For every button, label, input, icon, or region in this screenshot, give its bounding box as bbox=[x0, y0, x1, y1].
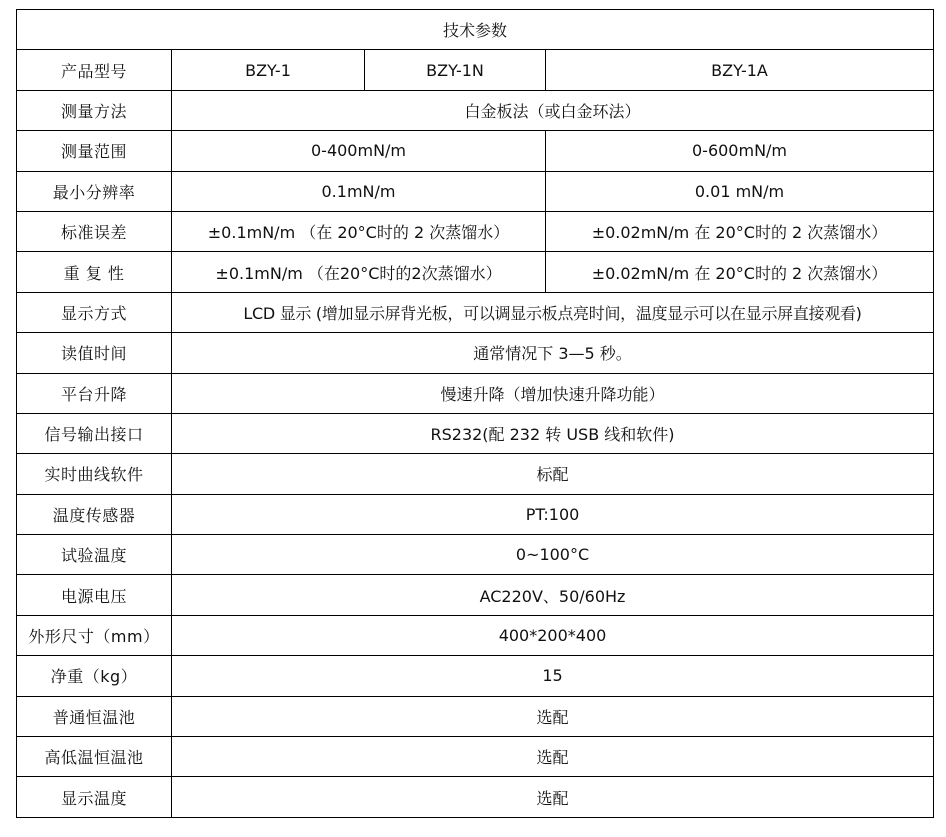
table-row: 读值时间 通常情况下 3—5 秒。 bbox=[17, 333, 934, 373]
table-row: 显示方式 LCD 显示 (增加显示屏背光板，可以调显示板点亮时间，温度显示可以在… bbox=[17, 292, 934, 332]
table-row: 温度传感器 PT:100 bbox=[17, 494, 934, 534]
row-label: 测量方法 bbox=[17, 90, 172, 130]
table-row: 测量方法 白金板法（或白金环法） bbox=[17, 90, 934, 130]
row-label: 显示温度 bbox=[17, 777, 172, 817]
table-row: 高低温恒温池 选配 bbox=[17, 737, 934, 777]
model-bzy-1n: BZY-1N bbox=[365, 50, 546, 90]
table-row: 测量范围 0-400mN/m 0-600mN/m bbox=[17, 131, 934, 171]
row-value-bzy1a: ±0.02mN/m 在 20°C时的 2 次蒸馏水） bbox=[546, 252, 934, 292]
row-label: 高低温恒温池 bbox=[17, 737, 172, 777]
row-label: 标准误差 bbox=[17, 211, 172, 251]
table-row: 标准误差 ±0.1mN/m （在 20°C时的 2 次蒸馏水） ±0.02mN/… bbox=[17, 211, 934, 251]
row-value: 选配 bbox=[172, 737, 934, 777]
row-label: 温度传感器 bbox=[17, 494, 172, 534]
row-value: 400*200*400 bbox=[172, 615, 934, 655]
table-row: 实时曲线软件 标配 bbox=[17, 454, 934, 494]
row-label: 读值时间 bbox=[17, 333, 172, 373]
model-bzy-1: BZY-1 bbox=[172, 50, 365, 90]
row-value: 标配 bbox=[172, 454, 934, 494]
table-row: 试验温度 0~100°C bbox=[17, 535, 934, 575]
table-row: 普通恒温池 选配 bbox=[17, 696, 934, 736]
technical-parameters-table: 技术参数 产品型号 BZY-1 BZY-1N BZY-1A 测量方法 白金板法（… bbox=[16, 9, 934, 818]
row-label: 最小分辨率 bbox=[17, 171, 172, 211]
row-value: 选配 bbox=[172, 777, 934, 817]
row-label: 普通恒温池 bbox=[17, 696, 172, 736]
row-value: AC220V、50/60Hz bbox=[172, 575, 934, 615]
table-title: 技术参数 bbox=[17, 10, 934, 50]
row-value-bzy1-1n: 0.1mN/m bbox=[172, 171, 546, 211]
row-label: 试验温度 bbox=[17, 535, 172, 575]
row-label: 净重（kg） bbox=[17, 656, 172, 696]
row-value-bzy1a: 0.01 mN/m bbox=[546, 171, 934, 211]
row-label: 测量范围 bbox=[17, 131, 172, 171]
row-label: 重 复 性 bbox=[17, 252, 172, 292]
row-value: 通常情况下 3—5 秒。 bbox=[172, 333, 934, 373]
table-row: 外形尺寸（mm） 400*200*400 bbox=[17, 615, 934, 655]
row-value: 15 bbox=[172, 656, 934, 696]
row-value: 0~100°C bbox=[172, 535, 934, 575]
row-label: 实时曲线软件 bbox=[17, 454, 172, 494]
row-label: 显示方式 bbox=[17, 292, 172, 332]
table-row: 平台升降 慢速升降（增加快速升降功能） bbox=[17, 373, 934, 413]
table-row: 净重（kg） 15 bbox=[17, 656, 934, 696]
row-value-bzy1-1n: ±0.1mN/m （在20°C时的2次蒸馏水） bbox=[172, 252, 546, 292]
table-row: 电源电压 AC220V、50/60Hz bbox=[17, 575, 934, 615]
row-label: 外形尺寸（mm） bbox=[17, 615, 172, 655]
row-label: 产品型号 bbox=[17, 50, 172, 90]
row-value-bzy1-1n: 0-400mN/m bbox=[172, 131, 546, 171]
model-bzy-1a: BZY-1A bbox=[546, 50, 934, 90]
row-value-bzy1a: ±0.02mN/m 在 20°C时的 2 次蒸馏水） bbox=[546, 211, 934, 251]
row-value: LCD 显示 (增加显示屏背光板，可以调显示板点亮时间，温度显示可以在显示屏直接… bbox=[172, 292, 934, 332]
row-label: 电源电压 bbox=[17, 575, 172, 615]
row-value: PT:100 bbox=[172, 494, 934, 534]
row-value-bzy1a: 0-600mN/m bbox=[546, 131, 934, 171]
table-row: 最小分辨率 0.1mN/m 0.01 mN/m bbox=[17, 171, 934, 211]
row-value: 慢速升降（增加快速升降功能） bbox=[172, 373, 934, 413]
row-label: 信号输出接口 bbox=[17, 413, 172, 453]
row-value: RS232(配 232 转 USB 线和软件) bbox=[172, 413, 934, 453]
row-label: 平台升降 bbox=[17, 373, 172, 413]
table-title-row: 技术参数 bbox=[17, 10, 934, 50]
table-row: 显示温度 选配 bbox=[17, 777, 934, 817]
row-value: 选配 bbox=[172, 696, 934, 736]
table-row: 信号输出接口 RS232(配 232 转 USB 线和软件) bbox=[17, 413, 934, 453]
table-row: 重 复 性 ±0.1mN/m （在20°C时的2次蒸馏水） ±0.02mN/m … bbox=[17, 252, 934, 292]
model-row: 产品型号 BZY-1 BZY-1N BZY-1A bbox=[17, 50, 934, 90]
row-value-bzy1-1n: ±0.1mN/m （在 20°C时的 2 次蒸馏水） bbox=[172, 211, 546, 251]
row-value: 白金板法（或白金环法） bbox=[172, 90, 934, 130]
